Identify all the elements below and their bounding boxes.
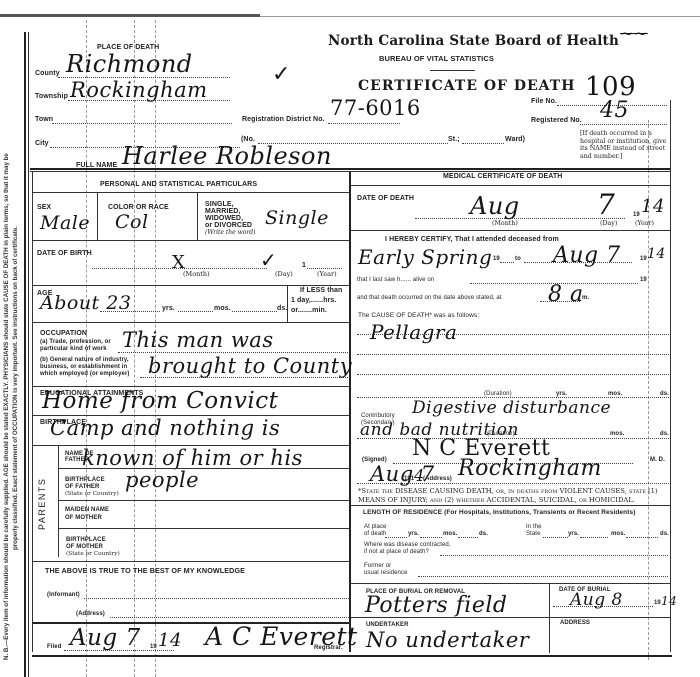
town-line: [52, 123, 232, 124]
filed-year[interactable]: 14: [158, 630, 182, 651]
attended-from-value[interactable]: Early Spring: [358, 245, 492, 269]
race-divider: [197, 192, 198, 240]
at-place-mos-label: mos.: [443, 531, 457, 537]
sex-divider: [97, 192, 98, 240]
header-bottom-rule: [30, 168, 670, 170]
less-than-divider: [287, 285, 288, 322]
education-value[interactable]: Home from Convict: [42, 388, 278, 414]
contracted-label-2: if not at place of death?: [364, 549, 429, 555]
burial-mid-rule: [351, 617, 670, 618]
in-state-label-2: State: [526, 531, 541, 537]
occupation-label: OCCUPATION: [40, 330, 87, 337]
form-title: CERTIFICATE OF DEATH: [358, 78, 575, 94]
check-mark: ✓: [272, 62, 291, 87]
header-rule: [430, 70, 475, 71]
residence-title: LENGTH OF RESIDENCE (For Hospitals, Inst…: [363, 510, 635, 517]
medical-title-rule: [351, 185, 670, 186]
filed-date[interactable]: Aug 7: [70, 625, 141, 651]
age-bottom-rule: [32, 322, 349, 323]
city-label: City: [35, 140, 49, 147]
signed-address-value[interactable]: Rockingham: [458, 456, 602, 481]
occupation-a-value[interactable]: This man was: [122, 328, 274, 352]
bureau-subtitle: BUREAU OF VITAL STATISTICS: [379, 55, 494, 63]
marital-hint: (Write the word): [205, 229, 255, 236]
residence-bottom-rule: [351, 583, 670, 584]
full-name-value[interactable]: Harlee Robleson: [122, 142, 332, 170]
filed-year-prefix: 19: [150, 644, 157, 650]
bottom-rule: [32, 655, 672, 657]
ward-label: Ward): [505, 136, 525, 143]
medical-section-title: MEDICAL CERTIFICATE OF DEATH: [443, 173, 562, 180]
dod-month-label: (Month): [492, 220, 518, 227]
dod-bottom-rule: [351, 230, 670, 231]
dob-day-value[interactable]: ✓: [260, 248, 277, 272]
last-saw-label: that I last saw h...... alive on: [357, 277, 434, 283]
occupation-b-label-2: business, or establishment in: [40, 364, 127, 370]
town-label: Town: [35, 116, 53, 123]
dod-line: [415, 218, 625, 219]
cause-footnote: *State the DISEASE CAUSING DEATH, or, in…: [358, 487, 670, 504]
dob-day-label: (Day): [275, 270, 293, 278]
at-place-ds-label: ds.: [479, 531, 488, 537]
father-birthplace-label-1: BIRTHPLACE: [65, 477, 105, 483]
registration-district-line: [328, 123, 400, 124]
mother-birthplace-label-3: (State or Country): [66, 551, 120, 557]
side-instructions: N. B.—Every item of information should b…: [2, 153, 20, 660]
county-label: County: [35, 70, 60, 77]
column-divider: [349, 172, 351, 652]
in-state-label-1: In the: [526, 524, 542, 530]
marital-value[interactable]: Single: [265, 207, 329, 229]
frame-left-inner: [28, 32, 29, 677]
dob-month-label: (Month): [183, 270, 210, 278]
dob-year-label: (Year): [317, 270, 337, 278]
at-place-ds-line: [458, 537, 478, 538]
burial-date-year-prefix: 19: [654, 600, 661, 606]
father-name-value[interactable]: known of him or his: [82, 446, 303, 470]
residence-at-place-label-2: of death: [364, 531, 387, 537]
signed-address-line: [357, 483, 669, 484]
burial-place-value[interactable]: Potters field: [365, 593, 507, 618]
occupation-b-value[interactable]: brought to County: [148, 354, 352, 378]
attended-to-year[interactable]: 14: [647, 246, 666, 262]
death-time-value[interactable]: 8 a: [548, 282, 584, 307]
street-st-label: St.;: [448, 136, 460, 143]
township-value[interactable]: Rockingham: [70, 78, 208, 102]
county-value[interactable]: Richmond: [66, 50, 193, 78]
attended-from-year-line: [500, 262, 514, 263]
township-label: Township: [35, 93, 68, 100]
father-birthplace-bottom-rule: [58, 500, 349, 501]
in-state-yrs-line: [543, 537, 568, 538]
in-state-mos-label: mos.: [611, 531, 625, 537]
form-right-border: [670, 100, 671, 652]
contributory-value-1[interactable]: Digestive disturbance: [412, 398, 611, 418]
burial-divider: [549, 583, 550, 653]
dod-year-label: (Year): [635, 220, 654, 227]
informant-address-label: (Address): [76, 611, 105, 617]
informant-address-line: [110, 617, 349, 618]
at-place-mos-line: [420, 537, 442, 538]
cause-line-3: [357, 374, 669, 375]
sex-value[interactable]: Male: [40, 212, 90, 234]
undertaker-value[interactable]: No undertaker: [366, 628, 529, 652]
attended-to-label: to: [515, 256, 521, 262]
at-place-yrs-label: yrs.: [408, 531, 419, 537]
in-state-ds-label: ds.: [660, 531, 669, 537]
personal-title-rule: [32, 192, 349, 193]
signed-year-prefix: 191: [404, 476, 414, 482]
birthplace-value[interactable]: Camp and nothing is: [50, 416, 280, 440]
registered-no-value[interactable]: 45: [600, 98, 629, 123]
attended-from-year-prefix: 19: [493, 256, 500, 262]
cause-label: The CAUSE OF DEATH* was as follows:: [358, 313, 479, 320]
registration-district-value[interactable]: 77-6016: [330, 96, 421, 120]
contributory-ds-label: ds.: [660, 431, 669, 437]
agency-title: North Carolina State Board of Health: [328, 33, 619, 49]
former-residence-line: [418, 576, 668, 577]
personal-section-title: PERSONAL AND STATISTICAL PARTICULARS: [100, 181, 257, 188]
parents-label: PARENTS: [38, 478, 47, 530]
dod-day-value[interactable]: 7: [597, 188, 615, 221]
residence-at-place-label-1: At place: [364, 524, 386, 530]
burial-date-year[interactable]: 14: [661, 594, 677, 608]
contributory-label-1: Contributory: [361, 413, 395, 419]
age-years-line: [100, 311, 160, 312]
side-note-line-1: N. B.—Every item of information should b…: [2, 153, 11, 660]
contracted-label-1: Where was disease contracted,: [364, 542, 451, 548]
registrar-label: Registrar.: [314, 645, 343, 651]
sex-label: SEX: [37, 204, 51, 211]
occupation-a-line: [118, 352, 348, 353]
dob-label: DATE OF BIRTH: [37, 250, 92, 257]
burial-date-value[interactable]: Aug 8: [570, 590, 623, 610]
cause-value[interactable]: Pellagra: [370, 320, 457, 344]
corner-scribble: ~~: [620, 24, 648, 43]
marital-bottom-rule: [32, 240, 349, 241]
age-ds-label: ds.: [277, 305, 287, 312]
race-value[interactable]: Col: [115, 211, 149, 233]
former-residence-label-1: Former or: [364, 563, 391, 569]
ward-line: [462, 143, 504, 144]
date-of-death-label: DATE OF DEATH: [357, 195, 414, 202]
less-than-label-1: If LESS than: [300, 287, 342, 294]
father-name-bottom-rule: [58, 468, 349, 469]
mother-name-label-1: MAIDEN NAME: [65, 507, 109, 513]
occupation-bottom-rule: [32, 386, 349, 387]
burial-address-label: ADDRESS: [560, 620, 590, 626]
registered-no-label: Registered No.: [531, 117, 582, 124]
contributory-mos-label: mos.: [610, 431, 624, 437]
occupation-a-label-2: particular kind of work: [40, 346, 107, 352]
mother-birthplace-label-2: OF MOTHER: [66, 544, 103, 550]
at-place-yrs-line: [385, 537, 407, 538]
in-state-mos-line: [580, 537, 608, 538]
cause-line-2: [357, 354, 669, 355]
cause-line-1: [357, 334, 669, 335]
father-birthplace-label-3: (State or Country): [65, 491, 119, 497]
occupation-a-label-1: (a) Trade, profession, or: [40, 339, 111, 345]
hospital-note: [If death occurred in a hospital or inst…: [580, 130, 672, 160]
dob-year-line: [307, 268, 342, 269]
footnote-bottom-rule: [351, 505, 670, 506]
age-yrs-label: yrs.: [162, 305, 175, 312]
dod-month-value[interactable]: Aug: [470, 192, 520, 220]
father-birthplace-value[interactable]: people: [125, 468, 199, 492]
age-months-line: [178, 311, 213, 312]
occupation-b-label-3: which employed (or employer): [40, 371, 129, 377]
md-label: M. D.: [650, 457, 665, 463]
less-than-label-2: 1 day,......hrs.: [291, 297, 336, 304]
former-residence-label-2: usual residence: [364, 570, 408, 576]
dod-year-value[interactable]: 14: [641, 196, 665, 217]
top-edge-shadow: [0, 14, 260, 17]
contracted-line: [440, 555, 668, 556]
dob-year-prefix: 1: [302, 262, 306, 269]
death-time-suffix: m.: [582, 295, 589, 301]
death-time-label: and that death occurred on the date abov…: [357, 295, 502, 301]
frame-left-outer: [24, 32, 26, 677]
less-than-label-3: or.......min.: [291, 307, 327, 314]
mother-name-label-2: OF MOTHER: [65, 515, 102, 521]
true-statement: THE ABOVE IS TRUE TO THE BEST OF MY KNOW…: [45, 567, 245, 575]
informant-label: (Informant): [47, 592, 80, 598]
filed-label: Filed: [47, 644, 62, 650]
signed-address-label: (Address): [423, 476, 452, 482]
top-edge-line: [260, 16, 700, 17]
dob-bottom-rule: [32, 285, 349, 286]
dod-day-label: (Day): [600, 220, 617, 227]
in-state-ds-line: [626, 537, 658, 538]
dod-year-prefix: 19: [633, 212, 640, 218]
age-days-line: [232, 311, 277, 312]
in-state-yrs-label: yrs.: [568, 531, 579, 537]
certify-text: I HEREBY CERTIFY, That I attended deceas…: [385, 236, 559, 243]
father-birthplace-label-2: OF FATHER: [65, 484, 99, 490]
registration-district-label: Registration District No.: [242, 116, 325, 123]
age-mos-label: mos.: [214, 305, 231, 312]
mother-birthplace-bottom-rule: [32, 561, 349, 562]
mother-name-bottom-rule: [58, 528, 349, 529]
parents-divider: [58, 445, 59, 557]
file-no-label: File No.: [531, 98, 557, 105]
last-saw-year-prefix: 19: [640, 277, 647, 283]
attended-to-year-prefix: 19: [640, 256, 647, 262]
informant-line: [84, 598, 349, 599]
registered-no-line: [580, 124, 667, 125]
side-note-line-2: properly classified. Exact statement of …: [11, 153, 20, 660]
occupation-b-label-1: (b) General nature of industry,: [40, 357, 129, 363]
attended-to-value[interactable]: Aug 7: [553, 243, 621, 268]
mother-birthplace-label-1: BIRTHPLACE: [66, 537, 106, 543]
form-left-border: [32, 172, 33, 652]
